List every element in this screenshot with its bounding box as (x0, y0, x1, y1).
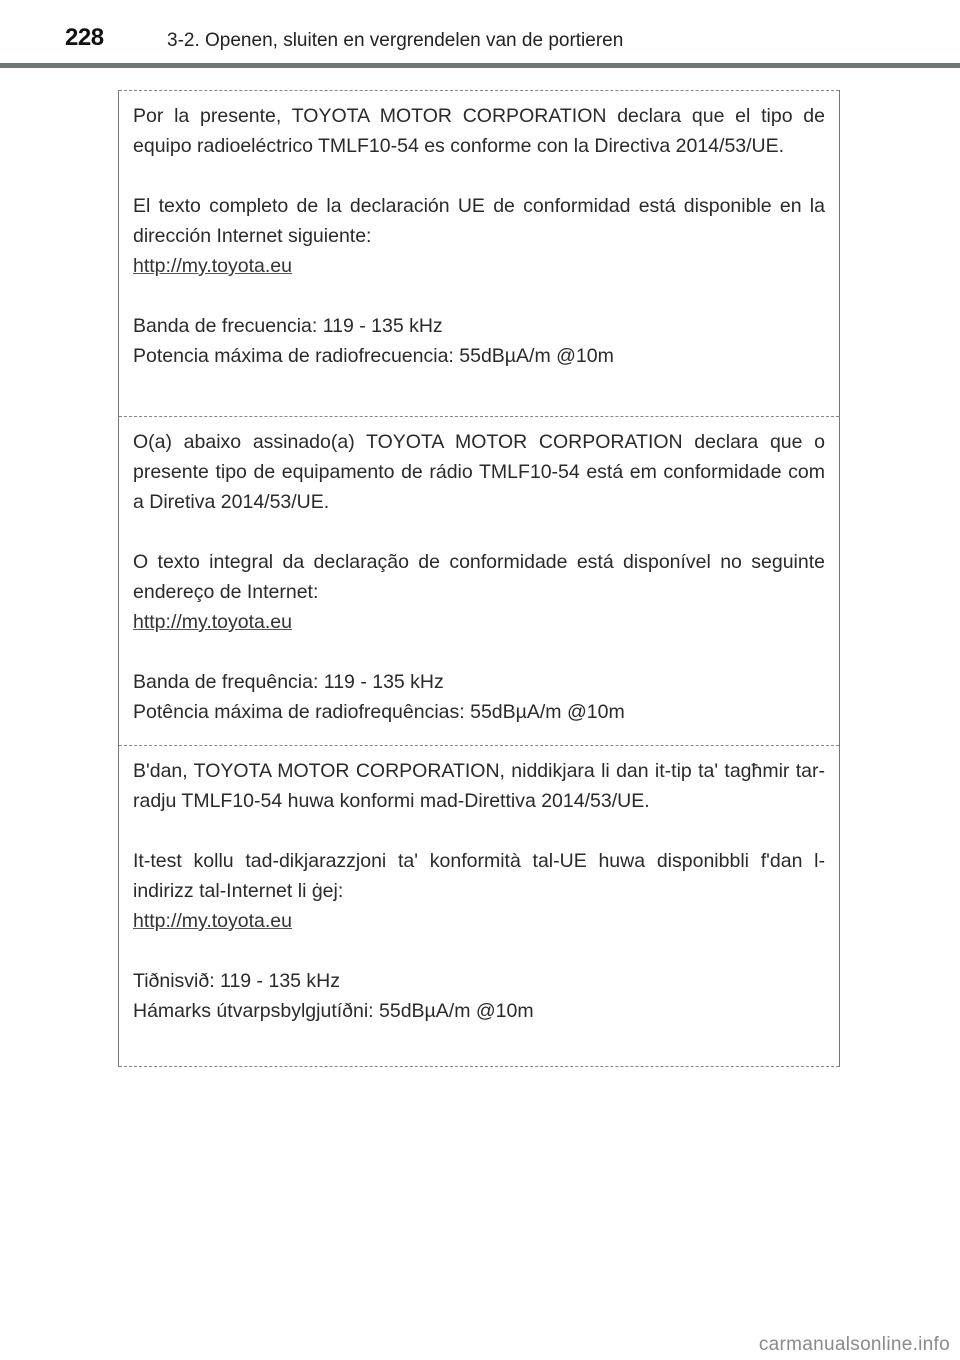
max-power: Hámarks útvarpsbylgjutíðni: 55dBµA/m @10… (133, 996, 825, 1026)
header-divider (0, 63, 960, 68)
frequency-band: Tiðnisvið: 119 - 135 kHz (133, 966, 825, 996)
declaration-text: O(a) abaixo assinado(a) TOYOTA MOTOR COR… (133, 427, 825, 517)
toyota-eu-link[interactable]: http://my.toyota.eu (133, 910, 292, 932)
declaration-text: B'dan, TOYOTA MOTOR CORPORATION, niddikj… (133, 756, 825, 816)
availability-text: O texto integral da declaração de confor… (133, 547, 825, 607)
toyota-eu-link[interactable]: http://my.toyota.eu (133, 611, 292, 633)
watermark: carmanualsonline.info (759, 1334, 950, 1356)
max-power: Potencia máxima de radiofrecuencia: 55dB… (133, 341, 825, 371)
page-header: 228 3-2. Openen, sluiten en vergrendelen… (0, 0, 960, 70)
declarations-box: Por la presente, TOYOTA MOTOR CORPORATIO… (118, 90, 840, 1067)
max-power: Potência máxima de radiofrequências: 55d… (133, 697, 825, 727)
declaration-section-maltese: B'dan, TOYOTA MOTOR CORPORATION, niddikj… (119, 745, 839, 1067)
declaration-section-spanish: Por la presente, TOYOTA MOTOR CORPORATIO… (119, 90, 839, 416)
availability-text: It-test kollu tad-dikjarazzjoni ta' konf… (133, 846, 825, 906)
declaration-section-portuguese: O(a) abaixo assinado(a) TOYOTA MOTOR COR… (119, 416, 839, 745)
page-number: 228 (65, 24, 104, 52)
frequency-band: Banda de frequência: 119 - 135 kHz (133, 667, 825, 697)
declaration-text: Por la presente, TOYOTA MOTOR CORPORATIO… (133, 101, 825, 161)
frequency-band: Banda de frecuencia: 119 - 135 kHz (133, 311, 825, 341)
availability-text: El texto completo de la declaración UE d… (133, 191, 825, 251)
toyota-eu-link[interactable]: http://my.toyota.eu (133, 255, 292, 277)
chapter-title: 3-2. Openen, sluiten en vergrendelen van… (167, 30, 623, 52)
